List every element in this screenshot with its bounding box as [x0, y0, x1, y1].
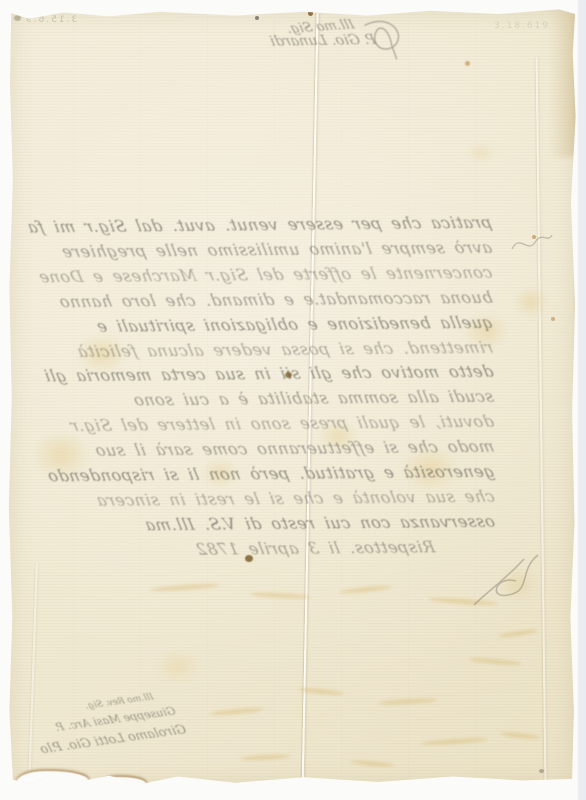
yellow-ghost-stroke: [468, 657, 522, 667]
rust-speck: [465, 61, 470, 66]
foxing-stain: [156, 649, 200, 683]
yellow-ghost-stroke: [340, 584, 392, 594]
rust-speck: [551, 317, 555, 321]
corner-speck: [14, 15, 21, 21]
pencil-squiggle-icon: [510, 229, 554, 257]
bottom-edge-aging: [6, 782, 579, 789]
yellow-ghost-stroke: [500, 731, 540, 740]
scanned-letter-verso: 3.15.6.9 3.18.619 Ill.mo Sig. P. Gio. Lu…: [0, 0, 586, 800]
signature-paraph-icon: [468, 551, 548, 609]
corner-numeral-right: 3.18.619: [494, 21, 550, 31]
foxing-stain: [468, 143, 494, 163]
yellow-ghost-stroke: [378, 697, 438, 705]
yellow-ghost-stroke: [210, 707, 264, 717]
showthrough-header: Ill.mo Sig. P. Gio. Lunardi: [228, 19, 403, 75]
yellow-ghost-stroke: [420, 737, 488, 747]
ink-blot-dot: [308, 11, 313, 16]
gray-speck: [539, 769, 544, 773]
right-edge-aging: [573, 7, 579, 789]
right-crease: [536, 57, 547, 783]
yellow-ghost-stroke: [240, 754, 290, 762]
showthrough-main-text: pratica che per essere venut. avut. dal …: [38, 213, 496, 569]
showthrough-header-line: P. Gio. Lunardi: [223, 32, 378, 51]
showthrough-address: Ill.mo Rev. Sig. Giuseppe Masi Arc. P. G…: [26, 697, 186, 783]
yellow-ghost-stroke: [350, 759, 394, 768]
yellow-ghost-stroke: [250, 591, 310, 599]
tear-notch: [202, 783, 230, 795]
corner-numeral-left: 3.15.6.9: [24, 15, 77, 25]
yellow-ghost-stroke: [498, 628, 538, 639]
paper-sheet: 3.15.6.9 3.18.619 Ill.mo Sig. P. Gio. Lu…: [6, 7, 579, 789]
yellow-ghost-stroke: [150, 583, 220, 593]
showthrough-date-line: Rispettos. li 3 aprile 1782: [34, 534, 498, 564]
foxing-stain: [514, 287, 548, 317]
